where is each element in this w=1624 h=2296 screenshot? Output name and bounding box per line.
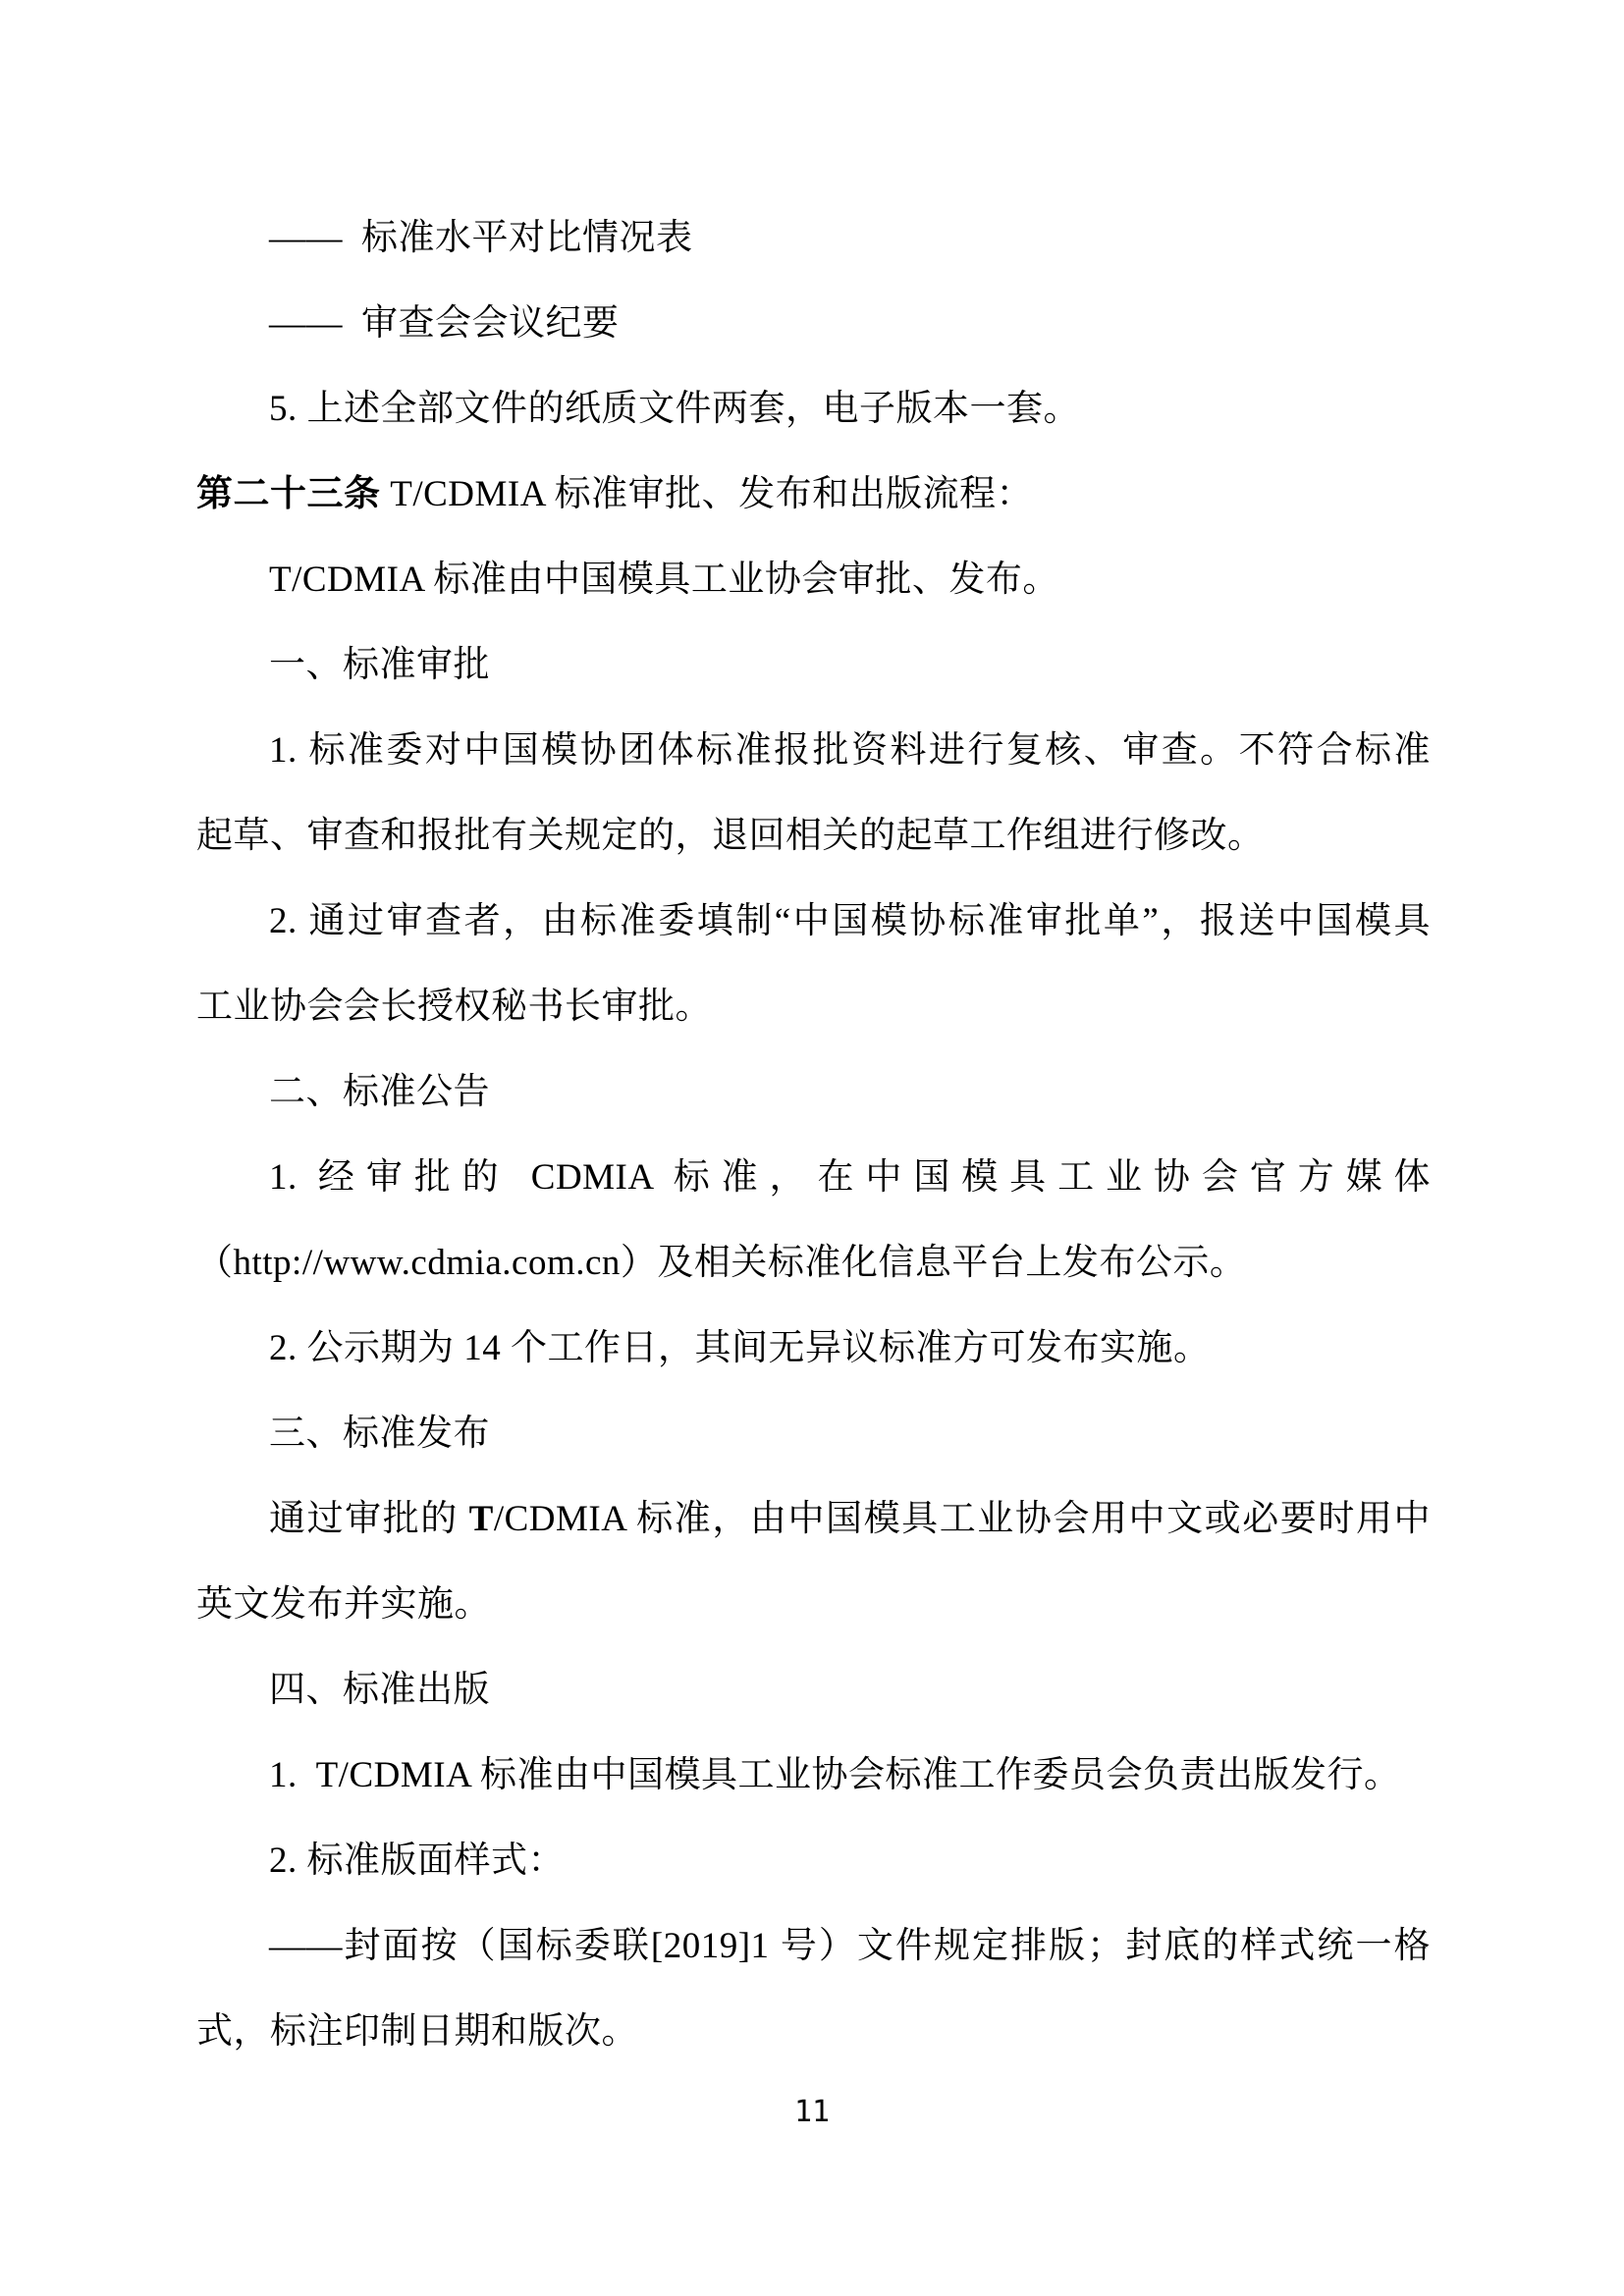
text-segment: 1. 经审批的 CDMIA 标准，在中国模具工业协会官方媒体 (269, 1157, 1431, 1198)
bold-text-segment: 第二十三条 (196, 474, 381, 514)
text-segment: 2. 公示期为 14 个工作日，其间无异议标准方可发布实施。 (269, 1328, 1211, 1368)
text-line: 式，标注印制日期和版次。 (196, 1989, 1431, 2074)
text-line: 通过审批的 T/CDMIA 标准，由中国模具工业协会用中文或必要时用中 (196, 1476, 1431, 1562)
text-line: ——封面按（国标委联[2019]1 号）文件规定排版；封底的样式统一格 (196, 1903, 1431, 1989)
text-segment: 起草、审查和报批有关规定的，退回相关的起草工作组进行修改。 (196, 816, 1265, 856)
bold-text-segment: T (469, 1499, 494, 1539)
text-line: 起草、审查和报批有关规定的，退回相关的起草工作组进行修改。 (196, 793, 1431, 879)
text-segment: /CDMIA 标准，由中国模具工业协会用中文或必要时用中 (494, 1499, 1431, 1539)
text-line: 二、标准公告 (196, 1049, 1431, 1135)
text-line: 第二十三条 T/CDMIA 标准审批、发布和出版流程： (196, 452, 1431, 537)
text-segment: ——封面按（国标委联[2019]1 号）文件规定排版；封底的样式统一格 (269, 1926, 1431, 1966)
text-line: 英文发布并实施。 (196, 1562, 1431, 1647)
text-line: 四、标准出版 (196, 1647, 1431, 1733)
text-line: 1. 标准委对中国模协团体标准报批资料进行复核、审查。不符合标准 (196, 708, 1431, 793)
text-segment: 通过审批的 (269, 1499, 469, 1539)
text-segment: —— 标准水平对比情况表 (269, 218, 693, 258)
text-segment: （http://www.cdmia.com.cn）及相关标准化信息平台上发布公示… (196, 1243, 1246, 1283)
text-segment: T/CDMIA 标准审批、发布和出版流程： (381, 474, 1034, 514)
document-page: —— 标准水平对比情况表—— 审查会会议纪要5. 上述全部文件的纸质文件两套，电… (0, 0, 1624, 2296)
text-line: 1. T/CDMIA 标准由中国模具工业协会标准工作委员会负责出版发行。 (196, 1733, 1431, 1818)
text-segment: 二、标准公告 (269, 1072, 490, 1112)
text-segment: 工业协会会长授权秘书长审批。 (196, 987, 712, 1027)
text-line: 2. 公示期为 14 个工作日，其间无异议标准方可发布实施。 (196, 1306, 1431, 1391)
text-segment: 2. 标准版面样式： (269, 1841, 565, 1881)
text-segment: 四、标准出版 (269, 1670, 490, 1710)
text-segment: 一、标准审批 (269, 645, 490, 685)
text-line: 工业协会会长授权秘书长审批。 (196, 964, 1431, 1049)
text-segment: 1. T/CDMIA 标准由中国模具工业协会标准工作委员会负责出版发行。 (269, 1755, 1401, 1795)
text-segment: 5. 上述全部文件的纸质文件两套，电子版本一套。 (269, 389, 1080, 429)
text-segment: 三、标准发布 (269, 1414, 490, 1454)
text-line: 5. 上述全部文件的纸质文件两套，电子版本一套。 (196, 366, 1431, 452)
text-segment: 1. 标准委对中国模协团体标准报批资料进行复核、审查。不符合标准 (269, 730, 1431, 771)
text-segment: —— 审查会会议纪要 (269, 303, 620, 344)
text-segment: 英文发布并实施。 (196, 1584, 491, 1625)
text-line: T/CDMIA 标准由中国模具工业协会审批、发布。 (196, 537, 1431, 622)
text-line: 1. 经审批的 CDMIA 标准，在中国模具工业协会官方媒体 (196, 1135, 1431, 1220)
text-line: （http://www.cdmia.com.cn）及相关标准化信息平台上发布公示… (196, 1220, 1431, 1306)
text-segment: 2. 通过审查者，由标准委填制“中国模协标准审批单”，报送中国模具 (269, 901, 1431, 941)
text-line: —— 审查会会议纪要 (196, 281, 1431, 366)
text-segment: T/CDMIA 标准由中国模具工业协会审批、发布。 (269, 560, 1059, 600)
page-number: 11 (0, 2095, 1624, 2130)
text-line: 2. 通过审查者，由标准委填制“中国模协标准审批单”，报送中国模具 (196, 879, 1431, 964)
document-body: —— 标准水平对比情况表—— 审查会会议纪要5. 上述全部文件的纸质文件两套，电… (196, 195, 1431, 2074)
text-segment: 式，标注印制日期和版次。 (196, 2011, 638, 2052)
text-line: 三、标准发布 (196, 1391, 1431, 1476)
text-line: —— 标准水平对比情况表 (196, 195, 1431, 281)
text-line: 2. 标准版面样式： (196, 1818, 1431, 1903)
text-line: 一、标准审批 (196, 622, 1431, 708)
